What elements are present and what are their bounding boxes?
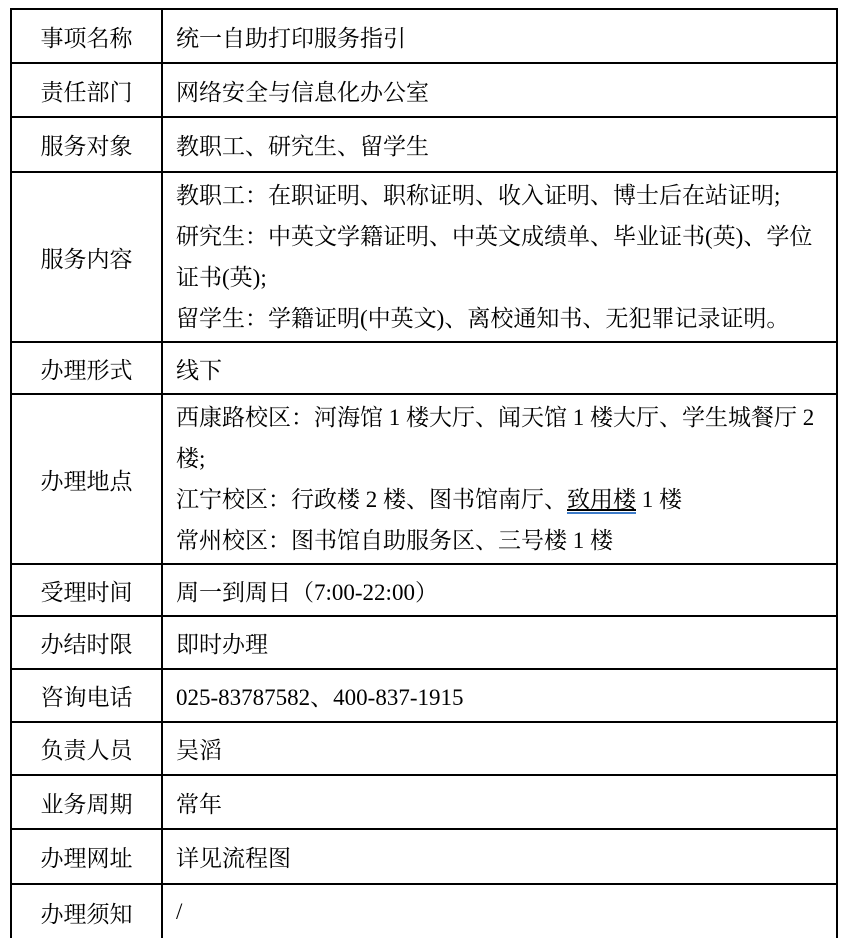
table-row: 事项名称 统一自助打印服务指引 [11, 9, 837, 63]
handling-location-line-prefix: 江宁校区：行政楼 2 楼、图书馆南厅、 [176, 487, 567, 512]
handling-notes-value: / [162, 884, 837, 938]
handling-location-line: 楼; [176, 438, 832, 479]
completion-time-limit-label: 办结时限 [11, 616, 162, 669]
handling-method-label: 办理形式 [11, 342, 162, 394]
consultation-phone-value: 025-83787582、400-837-1915 [162, 669, 837, 722]
handling-location-line: 西康路校区：河海馆 1 楼大厅、闻天馆 1 楼大厅、学生城餐厅 2 [176, 397, 832, 438]
responsible-person-value: 吴滔 [162, 722, 837, 775]
service-content-line: 研究生：中英文学籍证明、中英文成绩单、毕业证书(英)、学位 [176, 216, 832, 257]
table-row: 业务周期 常年 [11, 775, 837, 829]
business-cycle-label: 业务周期 [11, 775, 162, 829]
service-content-line: 证书(英); [176, 257, 832, 298]
table-row: 办理形式 线下 [11, 342, 837, 394]
table-row: 服务内容 教职工：在职证明、职称证明、收入证明、博士后在站证明; 研究生：中英文… [11, 172, 837, 342]
handling-method-value: 线下 [162, 342, 837, 394]
table-row: 负责人员 吴滔 [11, 722, 837, 775]
responsible-person-label: 负责人员 [11, 722, 162, 775]
responsible-department-value: 网络安全与信息化办公室 [162, 63, 837, 117]
acceptance-time-label: 受理时间 [11, 564, 162, 616]
service-content-label: 服务内容 [11, 172, 162, 342]
handling-website-label: 办理网址 [11, 829, 162, 884]
acceptance-time-value: 周一到周日（7:00-22:00） [162, 564, 837, 616]
handling-location-label: 办理地点 [11, 394, 162, 564]
table-row: 咨询电话 025-83787582、400-837-1915 [11, 669, 837, 722]
table-row: 办理网址 详见流程图 [11, 829, 837, 884]
handling-location-line-suffix: 1 楼 [636, 487, 682, 512]
table-row: 办理须知 / [11, 884, 837, 938]
handling-location-value: 西康路校区：河海馆 1 楼大厅、闻天馆 1 楼大厅、学生城餐厅 2 楼; 江宁校… [162, 394, 837, 564]
table-row: 受理时间 周一到周日（7:00-22:00） [11, 564, 837, 616]
service-content-line: 教职工：在职证明、职称证明、收入证明、博士后在站证明; [176, 175, 832, 216]
consultation-phone-label: 咨询电话 [11, 669, 162, 722]
table-row: 服务对象 教职工、研究生、留学生 [11, 117, 837, 172]
handling-website-value: 详见流程图 [162, 829, 837, 884]
document-page: 事项名称 统一自助打印服务指引 责任部门 网络安全与信息化办公室 服务对象 教职… [0, 0, 845, 938]
zhiyong-building-link[interactable]: 致用楼 [567, 487, 636, 514]
responsible-department-label: 责任部门 [11, 63, 162, 117]
table-row: 责任部门 网络安全与信息化办公室 [11, 63, 837, 117]
service-guide-table: 事项名称 统一自助打印服务指引 责任部门 网络安全与信息化办公室 服务对象 教职… [10, 8, 838, 938]
completion-time-limit-value: 即时办理 [162, 616, 837, 669]
service-target-label: 服务对象 [11, 117, 162, 172]
service-name-label: 事项名称 [11, 9, 162, 63]
handling-location-line: 常州校区：图书馆自助服务区、三号楼 1 楼 [176, 520, 832, 561]
service-target-value: 教职工、研究生、留学生 [162, 117, 837, 172]
table-row: 办理地点 西康路校区：河海馆 1 楼大厅、闻天馆 1 楼大厅、学生城餐厅 2 楼… [11, 394, 837, 564]
service-content-line: 留学生：学籍证明(中英文)、离校通知书、无犯罪记录证明。 [176, 298, 832, 339]
handling-location-line: 江宁校区：行政楼 2 楼、图书馆南厅、致用楼 1 楼 [176, 479, 832, 520]
table-row: 办结时限 即时办理 [11, 616, 837, 669]
handling-notes-label: 办理须知 [11, 884, 162, 938]
service-content-value: 教职工：在职证明、职称证明、收入证明、博士后在站证明; 研究生：中英文学籍证明、… [162, 172, 837, 342]
service-name-value: 统一自助打印服务指引 [162, 9, 837, 63]
business-cycle-value: 常年 [162, 775, 837, 829]
